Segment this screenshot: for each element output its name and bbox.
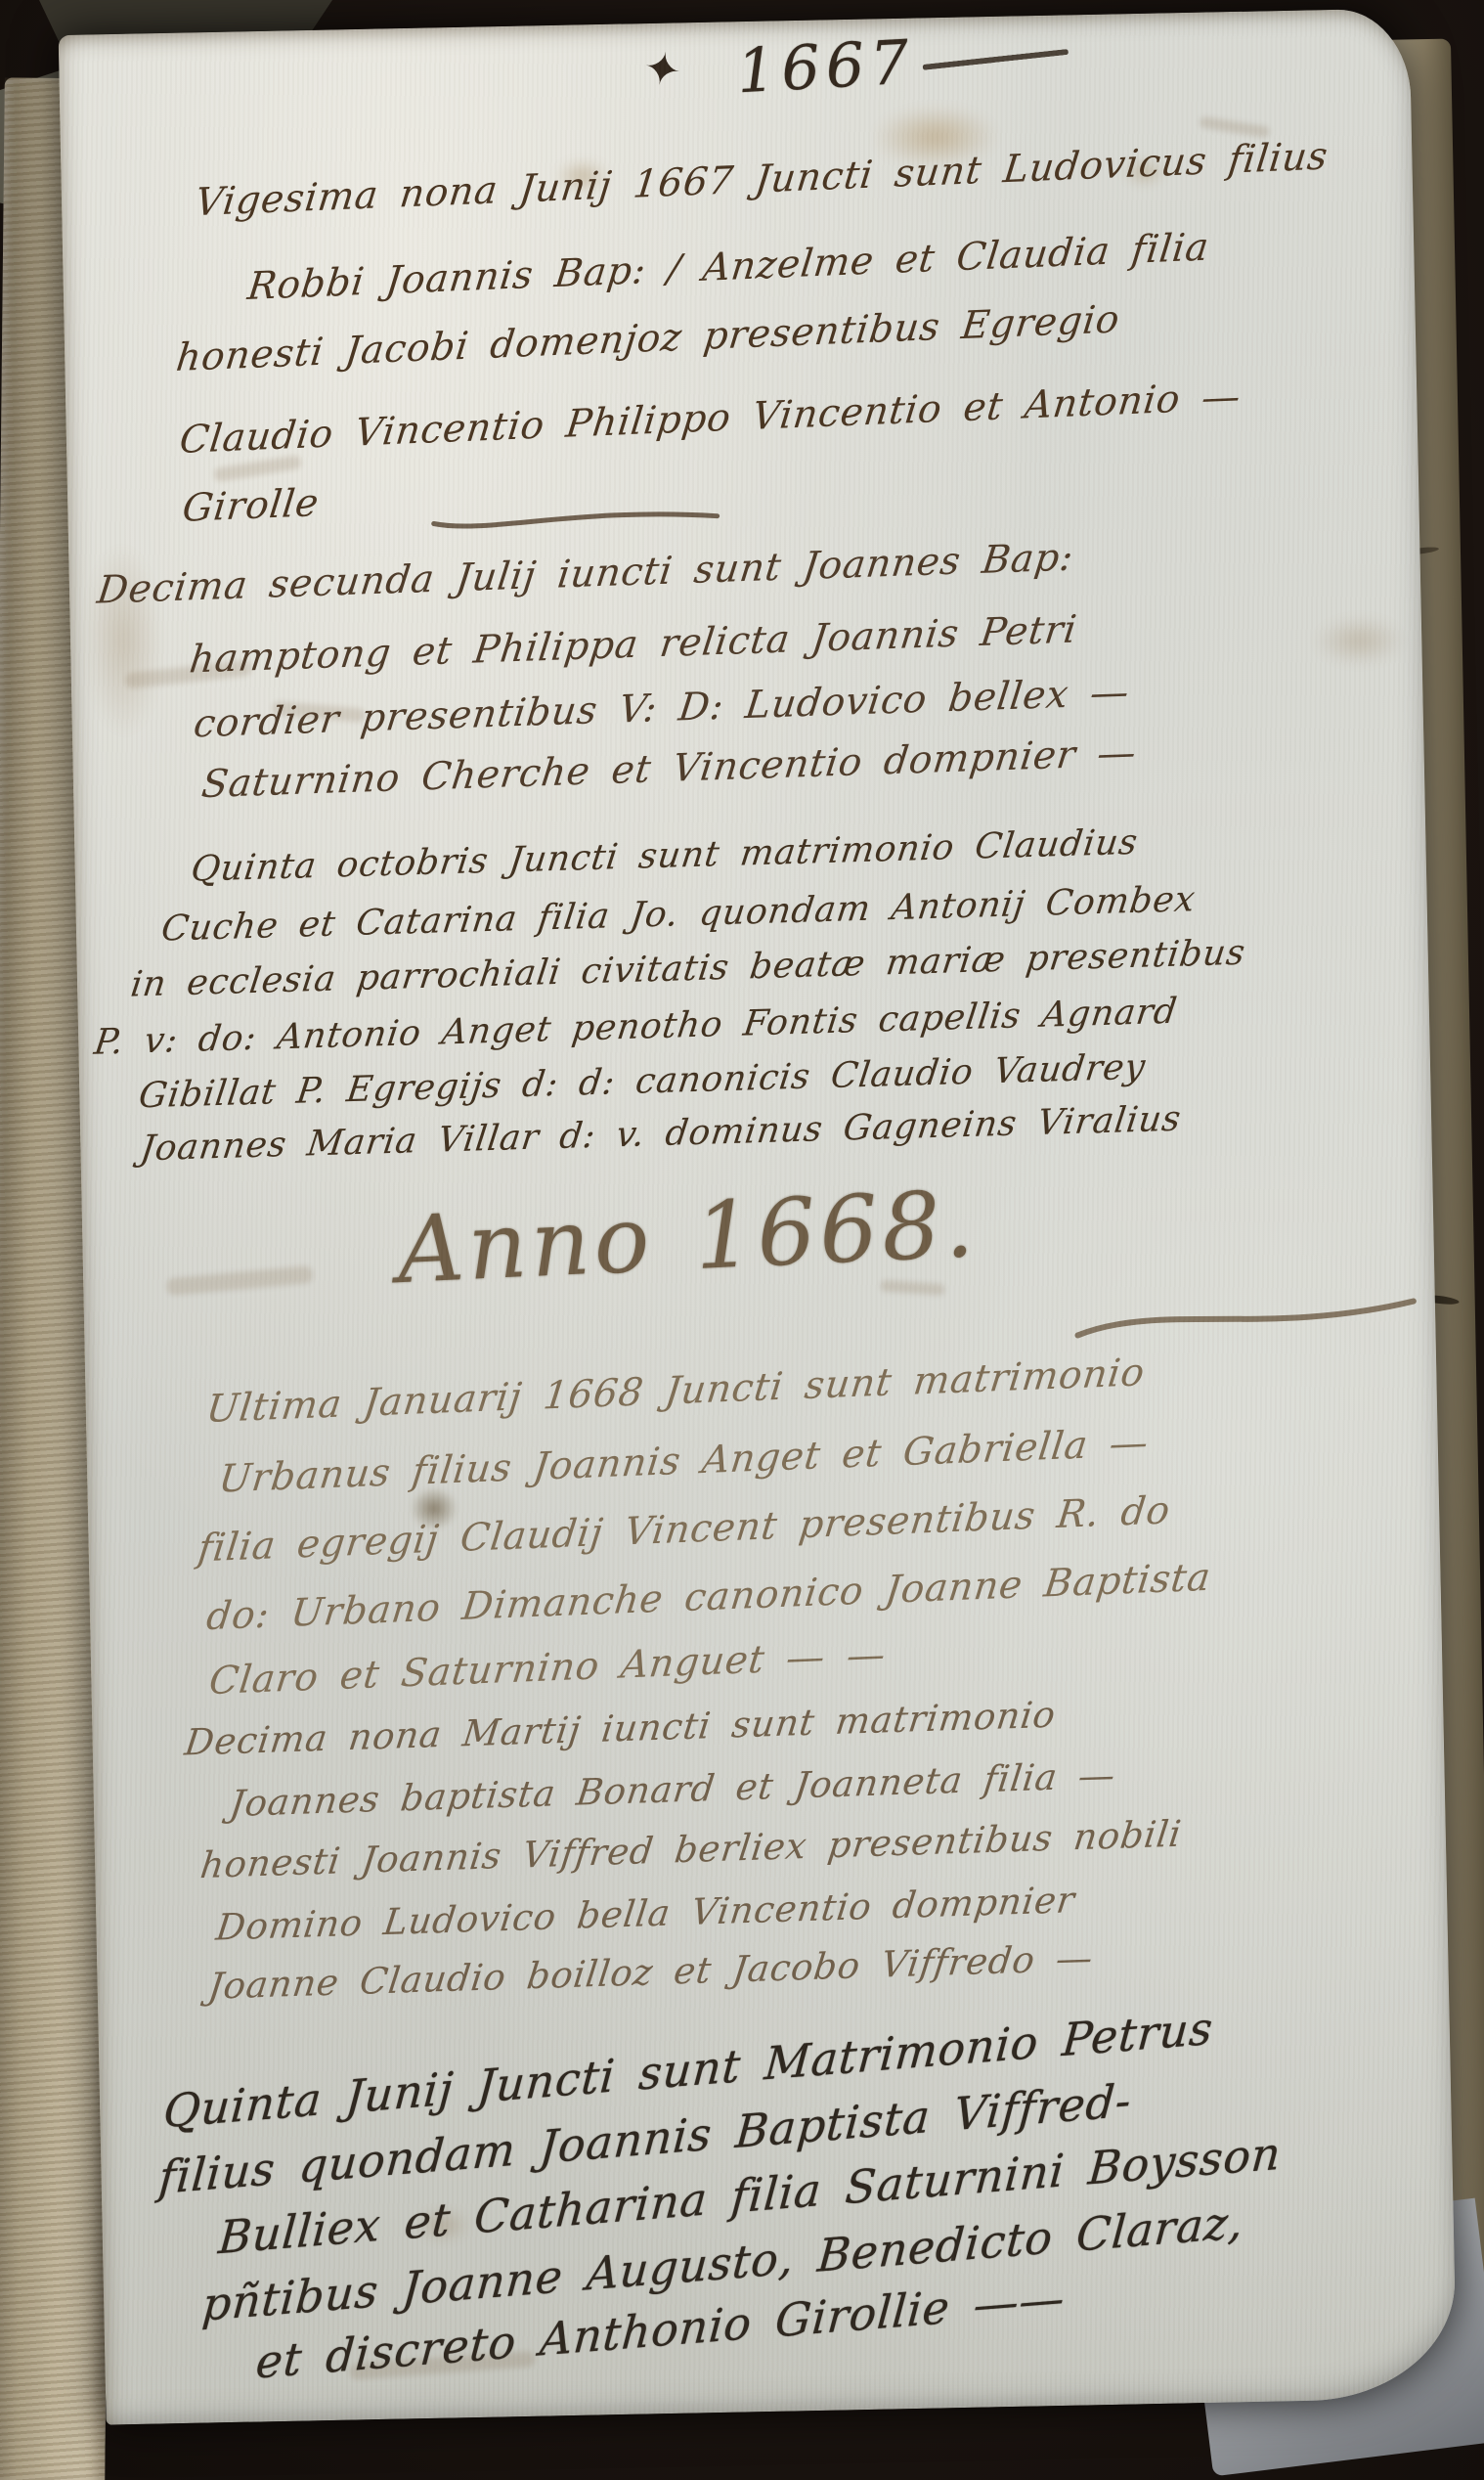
bleed-through-mark bbox=[880, 1280, 945, 1296]
register-entry-6: Quinta Junij Juncti sunt Matrimonio Petr… bbox=[92, 1999, 1293, 2398]
manuscript-line: Joannes baptista Bonard et Joanneta fili… bbox=[228, 1753, 1183, 1826]
manuscript-line: Claro et Saturnino Anguet — — bbox=[207, 1621, 1216, 1705]
year-header: ✦1667 bbox=[642, 18, 1070, 112]
manuscript-line: Vigesima nona Junij 1667 Juncti sunt Lud… bbox=[193, 135, 1330, 225]
manuscript-line: Urbanus filius Joannis Anget et Gabriell… bbox=[216, 1420, 1207, 1502]
flourish-underline bbox=[1071, 1279, 1424, 1354]
manuscript-line: Joanne Claudio boilloz et Jacobo Viffred… bbox=[206, 1934, 1188, 2007]
flourish-dash bbox=[923, 49, 1069, 70]
bleed-through-mark bbox=[1199, 116, 1270, 139]
bleed-through-mark bbox=[166, 1265, 314, 1296]
manuscript-page: ✦1667 Vigesima nona Junij 1667 Juncti su… bbox=[59, 8, 1458, 2424]
register-entry-4: Ultima Januarij 1668 Juncti sunt matrimo… bbox=[83, 1350, 1214, 1708]
register-entry-5: Decima nona Martij iuncti sunt matrimoni… bbox=[91, 1691, 1187, 2012]
manuscript-line: Ultima Januarij 1668 Juncti sunt matrimo… bbox=[204, 1350, 1205, 1432]
anno-1668-heading: Anno 1668. bbox=[395, 1172, 980, 1305]
manuscript-line: Saturnino Cherche et Vincentio dompnier … bbox=[199, 731, 1139, 807]
register-entry-2: Decima secunda Julij iuncti sunt Joannes… bbox=[67, 535, 1137, 812]
manuscript-line: honesti Joannis Viffred berliex presenti… bbox=[198, 1814, 1184, 1887]
manuscript-line: Quinta octobris Juncti sunt matrimonio C… bbox=[189, 820, 1244, 890]
manuscript-line: Decima nona Martij iuncti sunt matrimoni… bbox=[183, 1691, 1180, 1764]
year-1667: 1667 bbox=[735, 26, 917, 108]
register-entry-3: Quinta octobris Juncti sunt matrimonio C… bbox=[73, 820, 1250, 1171]
ink-stain bbox=[1312, 615, 1407, 668]
manuscript-line: Decima secunda Julij iuncti sunt Joannes… bbox=[95, 535, 1132, 613]
manuscript-line: hamptong et Philippa relicta Joannis Pet… bbox=[187, 607, 1134, 683]
manuscript-line: filia egregij Claudij Vincent presentibu… bbox=[196, 1488, 1210, 1572]
cross-mark-icon: ✦ bbox=[639, 39, 687, 98]
register-entry-1: Vigesima nona Junij 1667 Juncti sunt Lud… bbox=[58, 136, 1341, 536]
flourish-underline bbox=[429, 497, 723, 542]
